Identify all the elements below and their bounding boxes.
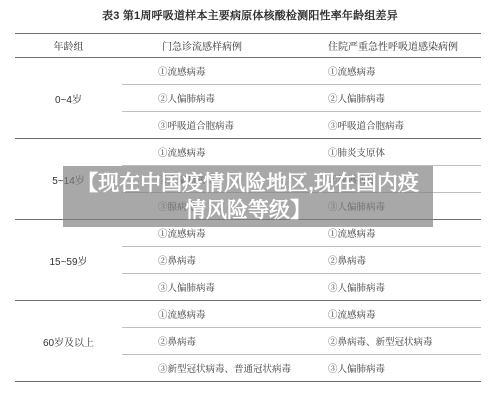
age-group-row-15-59: 15~59岁 ①流感病毒 ②鼻病毒 ③人偏肺病毒 ①流感病毒 ②鼻病毒 ③人偏肺…	[15, 220, 481, 301]
pathogen-rank-1: ①流感病毒	[122, 58, 315, 85]
hospitalized-cell-group: ①流感病毒 ②人偏肺病毒 ③呼吸道合胞病毒	[315, 58, 481, 138]
header-outpatient-ili-cases: 门急诊流感样病例	[122, 38, 315, 53]
pathogen-rank-1: ①流感病毒	[122, 301, 315, 328]
pathogen-rank-2: ②鼻病毒	[122, 328, 315, 355]
outpatient-cell-group: ①流感病毒 ②鼻病毒 ③人偏肺病毒	[122, 220, 315, 300]
age-group-row-60-plus: 60岁及以上 ①流感病毒 ②鼻病毒 ③新型冠状病毒、普通冠状病毒 ①流感病毒 ②…	[15, 301, 481, 382]
age-label: 0~4岁	[15, 58, 122, 138]
pathogen-rank-3: ③呼吸道合胞病毒	[315, 112, 481, 138]
table-header-row: 年龄组 门急诊流感样病例 住院严重急性呼吸道感染病例	[15, 34, 481, 58]
watermark-text-line-2: 情风险等级】	[185, 197, 311, 224]
outpatient-cell-group: ①流感病毒 ②人偏肺病毒 ③呼吸道合胞病毒	[122, 58, 315, 138]
article-screenshot: 表3 第1周呼吸道样本主要病原体核酸检测阳性率年龄组差异 年龄组 门急诊流感样病…	[0, 0, 500, 393]
age-label: 60岁及以上	[15, 301, 122, 381]
pathogen-rank-1: ①流感病毒	[315, 301, 481, 328]
age-group-row-0-4: 0~4岁 ①流感病毒 ②人偏肺病毒 ③呼吸道合胞病毒 ①流感病毒 ②人偏肺病毒 …	[15, 58, 481, 139]
pathogen-rank-1: ①肺炎支原体	[315, 139, 481, 166]
pathogen-rank-1: ①流感病毒	[122, 139, 315, 166]
pathogen-rank-3: ③人偏肺病毒	[122, 274, 315, 300]
table-title: 表3 第1周呼吸道样本主要病原体核酸检测阳性率年龄组差异	[0, 7, 500, 23]
outpatient-cell-group: ①流感病毒 ②鼻病毒 ③新型冠状病毒、普通冠状病毒	[122, 301, 315, 381]
pathogen-rank-3: ③新型冠状病毒、普通冠状病毒	[122, 355, 315, 381]
hospitalized-cell-group: ①流感病毒 ②鼻病毒 ③人偏肺病毒	[315, 220, 481, 300]
age-label: 15~59岁	[15, 220, 122, 300]
pathogen-rank-3: ③呼吸道合胞病毒	[122, 112, 315, 138]
pathogen-rank-2: ②人偏肺病毒	[315, 85, 481, 112]
pathogen-rank-1: ①流感病毒	[315, 58, 481, 85]
hospitalized-cell-group: ①流感病毒 ②鼻病毒、新型冠状病毒 ③人偏肺病毒	[315, 301, 481, 381]
pathogen-rank-3: ③人偏肺病毒	[315, 355, 481, 381]
watermark-overlay: 【现在中国疫情风险地区,现在国内疫 情风险等级】	[63, 166, 433, 227]
pathogen-rank-2: ②鼻病毒、新型冠状病毒	[315, 328, 481, 355]
header-age-group: 年龄组	[15, 38, 122, 53]
pathogen-rank-2: ②人偏肺病毒	[122, 85, 315, 112]
pathogen-rank-3: ③人偏肺病毒	[315, 274, 481, 300]
pathogen-rank-2: ②鼻病毒	[315, 247, 481, 274]
watermark-text-line-1: 【现在中国疫情风险地区,现在国内疫	[77, 170, 419, 197]
header-hospitalized-sari-cases: 住院严重急性呼吸道感染病例	[315, 38, 481, 53]
pathogen-rank-2: ②鼻病毒	[122, 247, 315, 274]
